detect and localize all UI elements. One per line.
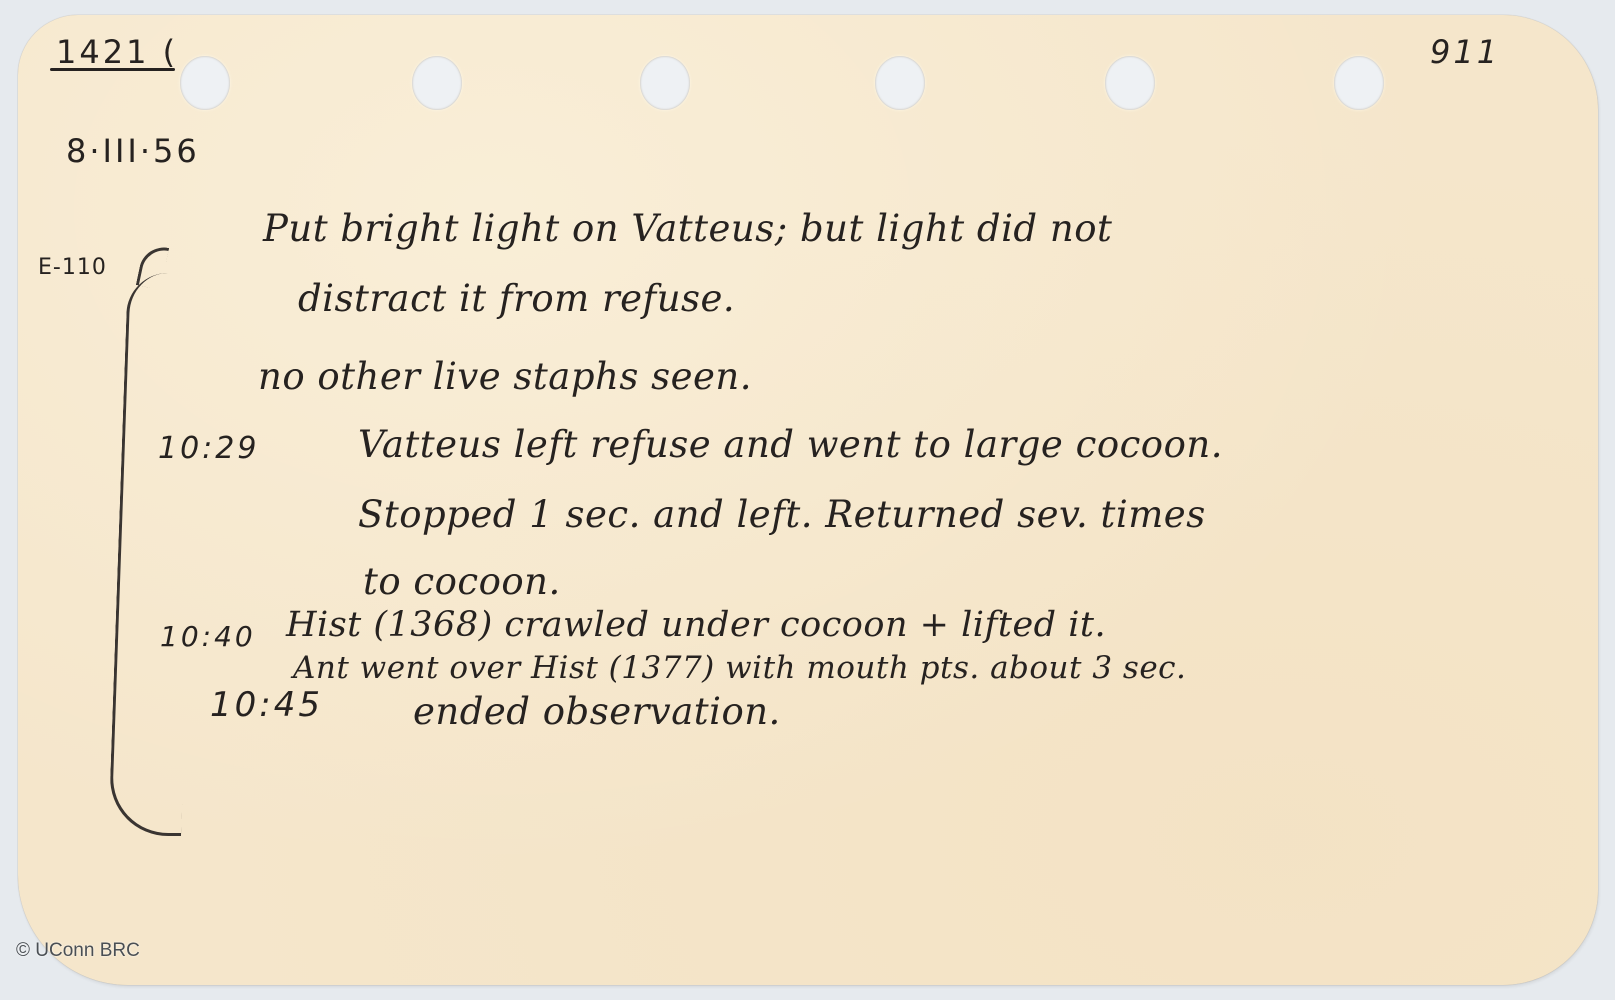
punch-hole <box>412 56 462 110</box>
side-label: E-110 <box>38 255 107 280</box>
note-time: 10:29 <box>158 431 259 466</box>
note-line: no other live staphs seen. <box>258 355 752 398</box>
punch-hole <box>875 56 925 110</box>
note-line: Put bright light on Vatteus; but light d… <box>263 207 1112 250</box>
note-time: 10:45 <box>210 685 323 725</box>
index-card: 1421 ( 911 8·III·56 E-110 Put bright lig… <box>18 15 1598 985</box>
punch-hole <box>1334 56 1384 110</box>
note-line: Hist (1368) crawled under cocoon + lifte… <box>286 605 1106 645</box>
note-line: ended observation. <box>413 690 781 733</box>
note-line: Stopped 1 sec. and left. Returned sev. t… <box>358 493 1206 536</box>
date: 8·III·56 <box>66 132 200 170</box>
note-line: Ant went over Hist (1377) with mouth pts… <box>293 650 1186 686</box>
punch-hole <box>180 56 230 110</box>
punch-hole <box>640 56 690 110</box>
copyright-watermark: © UConn BRC <box>16 940 140 962</box>
card-number-underline <box>50 68 175 71</box>
note-time: 10:40 <box>160 620 256 653</box>
note-line: to cocoon. <box>363 560 561 603</box>
page-number: 911 <box>1430 33 1500 71</box>
scan-stage: 1421 ( 911 8·III·56 E-110 Put bright lig… <box>0 0 1615 1000</box>
note-line: distract it from refuse. <box>298 277 735 320</box>
note-line: Vatteus left refuse and went to large co… <box>358 423 1223 466</box>
punch-hole <box>1105 56 1155 110</box>
card-number: 1421 ( <box>56 33 178 71</box>
bracket-icon <box>108 273 201 836</box>
